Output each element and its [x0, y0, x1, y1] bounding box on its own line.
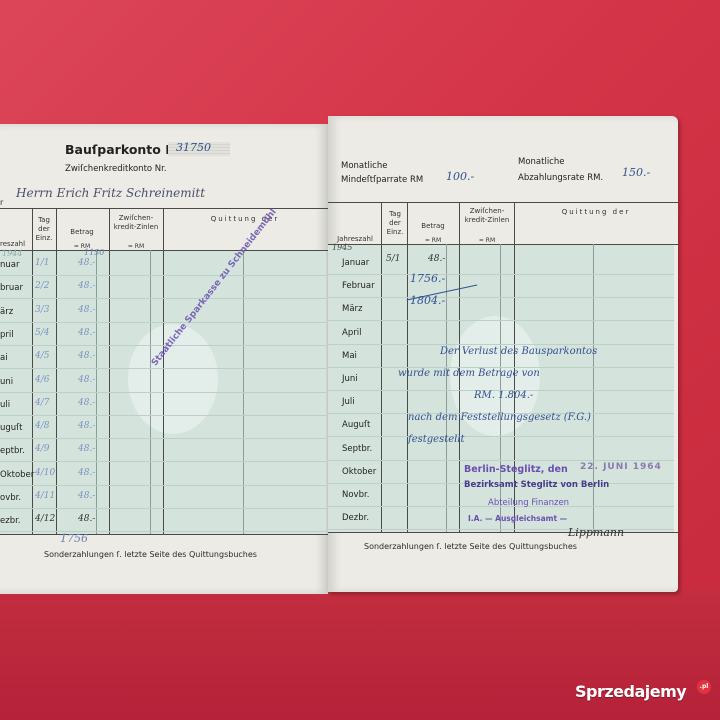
header-amount: Betrag [408, 222, 458, 231]
col-divider [446, 244, 447, 532]
note-line-2: wurde mit dem Betrage von [398, 368, 540, 379]
left-footer-note: Sonderzahlungen ſ. letzte Seite des Quit… [44, 550, 257, 559]
site-watermark: Sprzedajemy [575, 682, 686, 701]
month-label: uni [0, 377, 13, 387]
month-label: Oktober [0, 470, 34, 480]
official-signature: Lippmann [568, 526, 624, 539]
row-rule [0, 275, 326, 276]
carry-over-value: 1150 [84, 248, 104, 257]
deposit-amount: 48.- [78, 468, 95, 478]
deposit-day: 4/10 [35, 468, 55, 478]
month-label: Auguſt [342, 420, 370, 430]
deposit-amount: 48.- [78, 514, 95, 524]
stamp-location: Berlin-Steglitz, den [464, 464, 568, 475]
min-savings-label-2: Mindeſtſparrate RM [341, 175, 423, 185]
row-rule [0, 392, 326, 393]
header-interest: Zwiſchen-kredit-Zinlen [460, 207, 514, 225]
row-rule [0, 485, 326, 486]
month-label: Juni [342, 374, 358, 384]
interim-credit-account-label: Zwiſchenkreditkonto Nr. [65, 164, 167, 174]
deposit-amount: 48.- [78, 305, 95, 315]
min-savings-value: 100.- [446, 170, 474, 183]
subtotal-value: 1756.- [410, 272, 445, 285]
deposit-amount: 48.- [78, 375, 95, 385]
row-rule [328, 344, 674, 345]
account-holder-name: Herrn Erich Fritz Schreinemitt [16, 186, 205, 200]
month-label: Juli [342, 397, 355, 407]
left-page: Bauſparkonto Nr. 31750 Zwiſchenkreditkon… [0, 124, 328, 594]
month-label: uli [0, 400, 10, 410]
right-footer-note: Sonderzahlungen ſ. letzte Seite des Quit… [364, 542, 577, 551]
watermark-badge: .pl [697, 680, 711, 694]
month-label: Februar [342, 281, 375, 291]
header-year: reszahl [0, 240, 30, 249]
note-line-4: nach dem Feststellungsgesetz (F.G.) [408, 412, 591, 423]
total-handwritten: 1756 [60, 532, 88, 545]
row-rule [0, 298, 326, 299]
repayment-label-2: Abzahlungsrate RM. [518, 173, 603, 183]
stamp-equalisation-office: I.A. — Ausgleichsamt — [468, 514, 567, 523]
deposit-day: 4/9 [35, 444, 49, 454]
account-title: Bauſparkonto Nr. [65, 142, 185, 157]
year-value: 1944 [2, 249, 22, 258]
row-rule [0, 461, 326, 462]
row-rule [0, 508, 326, 509]
month-label: Septbr. [342, 444, 372, 454]
row-rule [0, 368, 326, 369]
month-label: nuar [0, 260, 19, 270]
month-label: ezbr. [0, 516, 21, 526]
repayment-value: 150.- [622, 166, 650, 179]
deposit-day: 1/1 [35, 258, 49, 268]
month-label: pril [0, 330, 14, 340]
savings-passbook: Bauſparkonto Nr. 31750 Zwiſchenkreditkon… [0, 116, 680, 594]
month-label: uguſt [0, 423, 23, 433]
month-label: Oktober [342, 467, 376, 477]
deposit-day: 4/5 [35, 351, 49, 361]
deposit-day: 5/4 [35, 328, 49, 338]
row-rule [328, 274, 674, 275]
row-rule [328, 436, 674, 437]
row-rule [0, 415, 326, 416]
month-label: ai [0, 353, 8, 363]
deposit-amount: 48.- [78, 351, 95, 361]
row-rule [0, 531, 326, 532]
january-amount: 48.- [428, 254, 445, 264]
table-bottom-rule [328, 532, 678, 533]
year-value: 1945 [332, 243, 352, 252]
deposit-amount: 48.- [78, 281, 95, 291]
repayment-label-1: Monatliche [518, 157, 564, 167]
deposit-amount: 48.- [78, 328, 95, 338]
month-label: Novbr. [342, 490, 369, 500]
deposit-day: 4/6 [35, 375, 49, 385]
header-amount: Betrag [57, 228, 107, 237]
deposit-day: 2/2 [35, 281, 49, 291]
header-receipt: Quittung der [165, 215, 325, 224]
deposit-amount: 48.- [78, 444, 95, 454]
deposit-day: 4/8 [35, 421, 49, 431]
row-rule [0, 322, 326, 323]
deposit-day: 3/3 [35, 305, 49, 315]
deposit-amount: 48.- [78, 398, 95, 408]
deposit-day: 4/12 [35, 514, 55, 524]
note-line-3: RM. 1.804.- [474, 390, 533, 401]
table-bottom-rule [0, 534, 328, 535]
note-line-5: festgestellt [408, 434, 465, 445]
row-rule [328, 320, 674, 321]
header-day: Tag der Einz. [33, 216, 55, 243]
header-receipt: Quittung der [516, 208, 676, 217]
month-label: März [342, 304, 363, 314]
row-rule [328, 297, 674, 298]
row-rule [328, 460, 674, 461]
stamp-office: Bezirksamt Steglitz von Berlin [464, 480, 609, 490]
month-label: ovbr. [0, 493, 21, 503]
header-day: Tag der Einz. [383, 210, 407, 237]
right-page: Monatliche Mindeſtſparrate RM 100.- Mona… [328, 116, 678, 592]
deposit-amount: 48.- [78, 258, 95, 268]
account-number: 31750 [176, 141, 211, 154]
row-rule [0, 438, 326, 439]
deposit-amount: 48.- [78, 421, 95, 431]
deposit-day: 4/11 [35, 491, 55, 501]
month-label: eptbr. [0, 446, 25, 456]
stamp-date: 22. JUNI 1964 [580, 462, 662, 472]
deposit-day: 4/7 [35, 398, 49, 408]
note-line-1: Der Verlust des Bausparkontos [440, 346, 597, 357]
header-interest: Zwiſchen-kredit-Zinlen [110, 214, 162, 232]
month-label: ärz [0, 307, 13, 317]
stamp-department: Abteilung Finanzen [488, 498, 569, 508]
min-savings-label-1: Monatliche [341, 161, 387, 171]
total-value: 1804.- [410, 294, 445, 307]
name-prefix: r [0, 198, 3, 207]
month-label: Dezbr. [342, 513, 369, 523]
month-label: Januar [342, 258, 369, 268]
deposit-amount: 48.- [78, 491, 95, 501]
month-label: April [342, 328, 361, 338]
month-label: bruar [0, 283, 23, 293]
month-label: Mai [342, 351, 357, 361]
january-day: 5/1 [386, 254, 400, 264]
